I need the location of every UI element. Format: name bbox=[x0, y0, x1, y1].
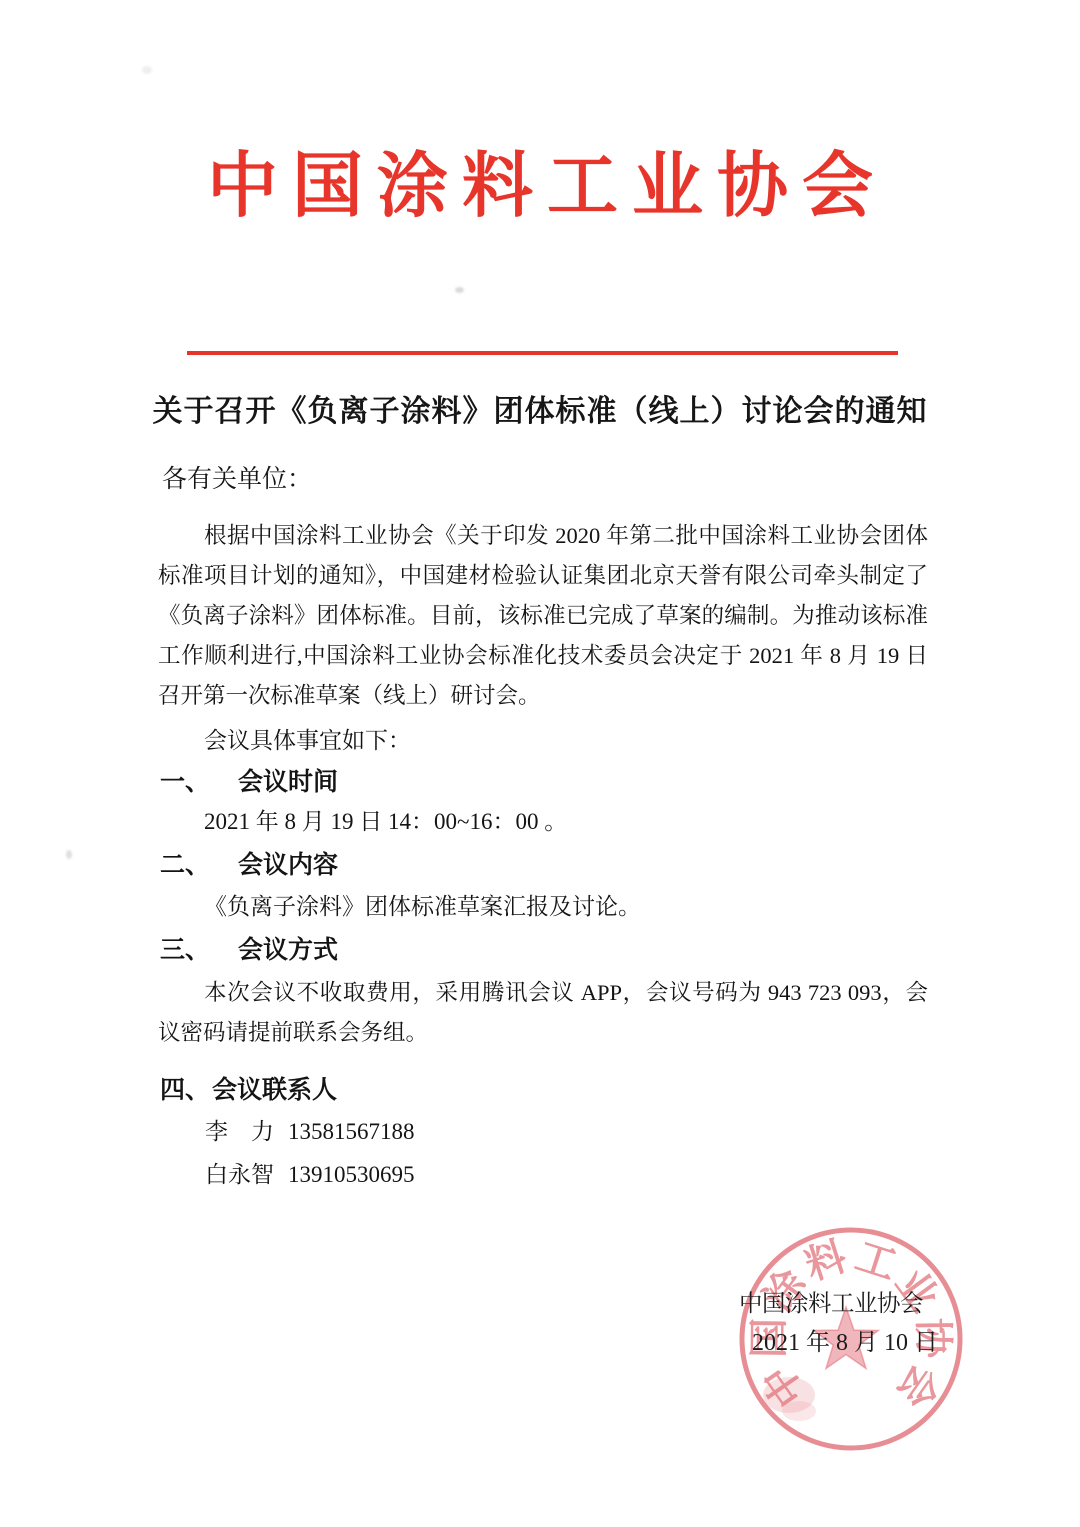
section-4-heading: 四、会议联系人 bbox=[160, 1070, 337, 1106]
section-2-content: 《负离子涂料》团体标准草案汇报及讨论。 bbox=[204, 888, 641, 921]
scan-artifact bbox=[455, 287, 464, 293]
scan-artifact bbox=[66, 850, 72, 859]
section-1-content: 2021 年 8 月 19 日 14：00~16：00 。 bbox=[204, 803, 567, 836]
agenda-lead-line: 会议具体事宜如下： bbox=[204, 722, 411, 755]
scan-artifact bbox=[142, 66, 152, 74]
signoff-organization: 中国涂料工业协会 bbox=[739, 1284, 923, 1318]
section-1-title: 会议时间 bbox=[238, 768, 338, 796]
section-2-title: 会议内容 bbox=[238, 851, 338, 879]
section-3-heading: 三、会议方式 bbox=[160, 930, 338, 966]
section-3-number: 三、 bbox=[160, 936, 210, 964]
contact-row: 白永智13910530695 bbox=[205, 1156, 415, 1189]
signoff-date: 2021 年 8 月 10 日 bbox=[752, 1322, 938, 1357]
contact-row: 李 力13581567188 bbox=[205, 1113, 415, 1146]
intro-paragraph: 根据中国涂料工业协会《关于印发 2020 年第二批中国涂料工业协会团体标准项目计… bbox=[158, 516, 928, 716]
section-4-number: 四、 bbox=[160, 1076, 210, 1104]
section-3-content: 本次会议不收取费用，采用腾讯会议 APP，会议号码为 943 723 093，会… bbox=[158, 973, 928, 1053]
contact-phone: 13910530695 bbox=[288, 1162, 415, 1187]
contact-phone: 13581567188 bbox=[288, 1119, 415, 1144]
section-1-number: 一、 bbox=[160, 768, 210, 796]
section-3-title: 会议方式 bbox=[238, 936, 338, 964]
contact-name: 李 力 bbox=[205, 1119, 274, 1144]
letterhead-divider-line bbox=[187, 351, 898, 355]
contact-name: 白永智 bbox=[205, 1162, 274, 1187]
section-2-heading: 二、会议内容 bbox=[160, 845, 338, 881]
salutation: 各有关单位： bbox=[162, 459, 312, 495]
document-title: 关于召开《负离子涂料》团体标准（线上）讨论会的通知 bbox=[0, 386, 1080, 430]
letterhead-title: 中国涂料工业协会 bbox=[0, 146, 1080, 228]
notice-document-page: 中国涂料工业协会 关于召开《负离子涂料》团体标准（线上）讨论会的通知 各有关单位… bbox=[0, 0, 1080, 1527]
section-4-title: 会议联系人 bbox=[212, 1076, 337, 1104]
section-2-number: 二、 bbox=[160, 851, 210, 879]
section-1-heading: 一、会议时间 bbox=[160, 762, 338, 798]
